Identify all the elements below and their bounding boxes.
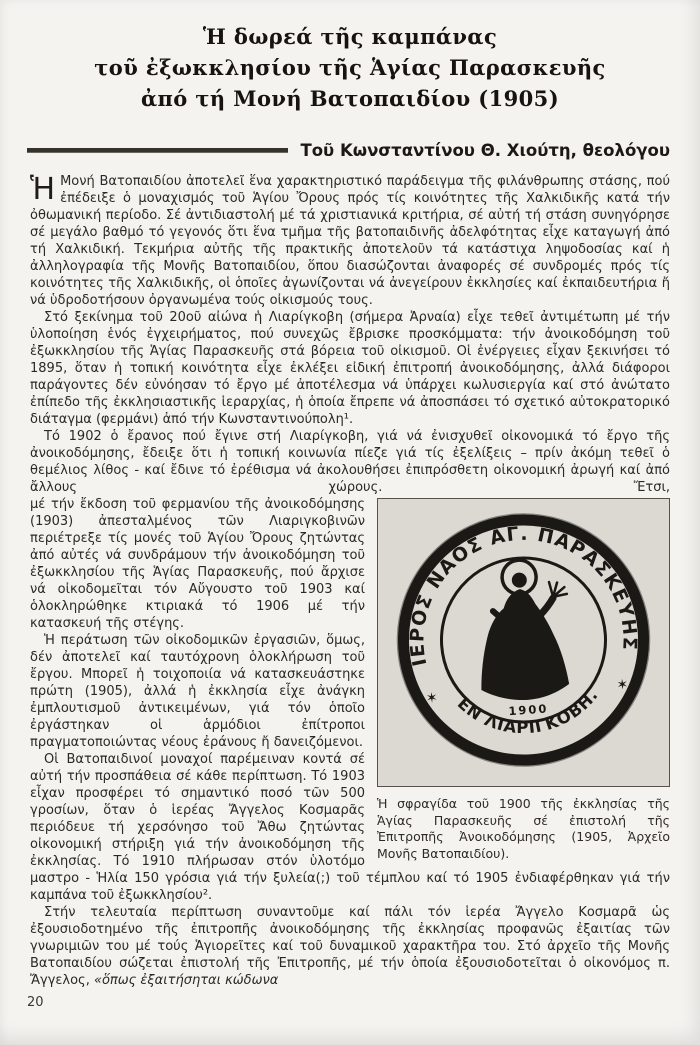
scanned-document-page: Ἡ δωρεά τῆς καμπάνας τοῦ ἐξωκκλησίου τῆς… <box>0 0 700 1045</box>
paragraph-6: Στήν τελευταία περίπτωση συναντοῦμε καί … <box>30 904 670 989</box>
author-byline: Τοῦ Κωνσταντίνου Θ. Χιούτη, θεολόγου <box>300 141 670 160</box>
seal-photo: ΙΕΡΟΣ ΝΑΟΣ ΑΓ. ΠΑΡΑΣΚΕΥΗΣ ΕΝ ΛΙΑΡΙΓΚΟΒΗ.… <box>377 498 670 787</box>
paragraph-6-quote: «ὅπως ἐξαιτήσηται κώδωνα <box>94 973 278 988</box>
paragraph-1-text: Μονή Βατοπαιδίου ἀποτελεῖ ἕνα χαρακτηρισ… <box>30 174 670 308</box>
byline-rule <box>27 148 288 153</box>
paragraph-2: Στό ξεκίνημα τοῦ 20οῦ αἰώνα ἡ Λιαρίγκοβη… <box>30 309 670 428</box>
seal-star-left-icon: ✶ <box>425 690 438 707</box>
title-line-3: ἀπό τή Μονή Βατοπαιδίου (1905) <box>0 83 700 114</box>
title-line-1: Ἡ δωρεά τῆς καμπάνας <box>0 21 700 52</box>
article-title: Ἡ δωρεά τῆς καμπάνας τοῦ ἐξωκκλησίου τῆς… <box>0 0 700 114</box>
paragraph-1: ἩΜονή Βατοπαιδίου ἀποτελεῖ ἕνα χαρακτηρι… <box>30 173 670 309</box>
paragraph-3-full-width: Τό 1902 ὁ ἔρανος πού ἔγινε στή Λιαρίγκοβ… <box>30 428 670 496</box>
byline-row: Τοῦ Κωνσταντίνου Θ. Χιούτη, θεολόγου <box>27 141 670 160</box>
figure-caption: Ἡ σφραγίδα τοῦ 1900 τῆς ἐκκλησίας τῆς Ἁγ… <box>377 796 670 862</box>
seal-figure: ΙΕΡΟΣ ΝΑΟΣ ΑΓ. ΠΑΡΑΣΚΕΥΗΣ ΕΝ ΛΙΑΡΙΓΚΟΒΗ.… <box>377 498 670 862</box>
article-body: ἩΜονή Βατοπαιδίου ἀποτελεῖ ἕνα χαρακτηρι… <box>30 173 670 989</box>
paragraph-3-wrapped-text: μέ τήν ἔκδοση τοῦ φερμανίου τῆς ἀνοικοδό… <box>30 497 365 631</box>
dropcap-letter: Ἡ <box>30 173 60 206</box>
church-seal-illustration: ΙΕΡΟΣ ΝΑΟΣ ΑΓ. ΠΑΡΑΣΚΕΥΗΣ ΕΝ ΛΙΑΡΙΓΚΟΒΗ.… <box>378 499 669 786</box>
seal-year: 1900 <box>508 701 549 718</box>
seal-star-right-icon: ✶ <box>616 677 629 694</box>
paragraph-3-wrapped: ΙΕΡΟΣ ΝΑΟΣ ΑΓ. ΠΑΡΑΣΚΕΥΗΣ ΕΝ ΛΙΑΡΙΓΚΟΒΗ.… <box>30 496 670 632</box>
page-number: 20 <box>27 995 44 1010</box>
title-line-2: τοῦ ἐξωκκλησίου τῆς Ἁγίας Παρασκευῆς <box>0 52 700 83</box>
